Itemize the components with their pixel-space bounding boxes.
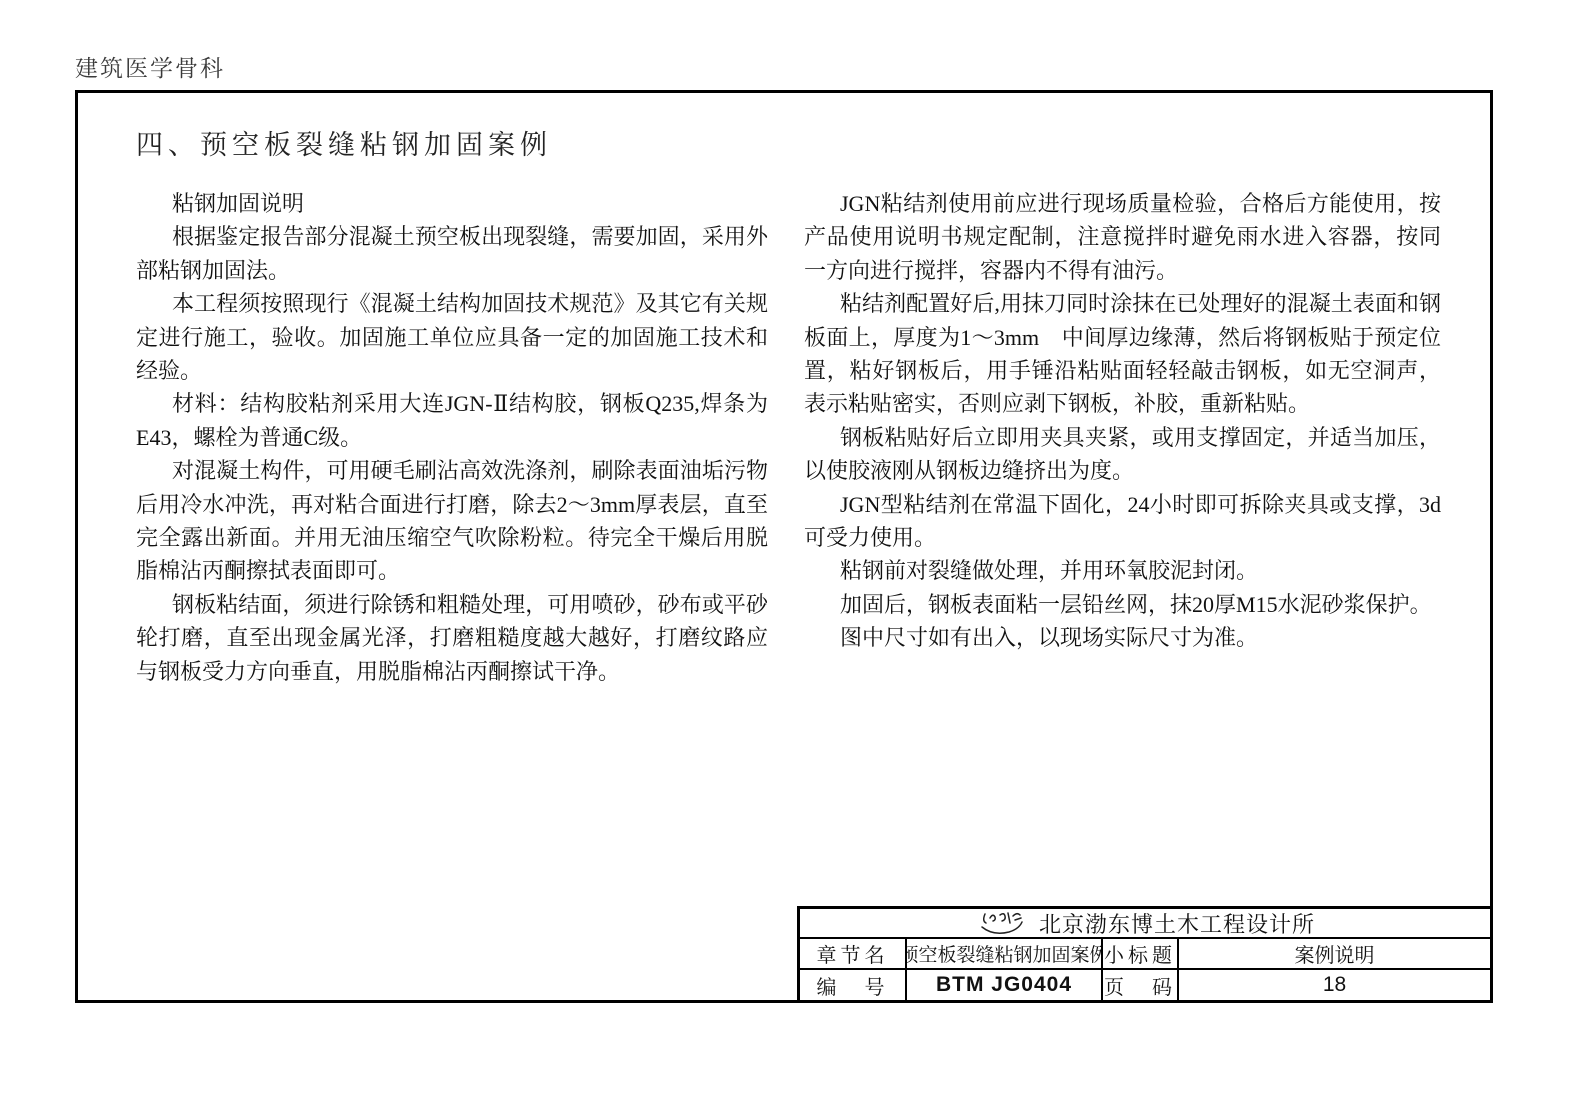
paragraph: 材料：结构胶粘剂采用大连JGN-Ⅱ结构胶，钢板Q235,焊条为E43，螺栓为普通… xyxy=(136,387,768,454)
company-row: 北京渤东博土木工程设计所 xyxy=(800,909,1490,939)
paragraph: 根据鉴定报告部分混凝土预空板出现裂缝，需要加固，采用外部粘钢加固法。 xyxy=(136,220,768,287)
paragraph: 钢板粘结面，须进行除锈和粗糙处理，可用喷砂，砂布或平砂轮打磨，直至出现金属光泽，… xyxy=(136,588,768,688)
chapter-name-value: 预空板裂缝粘钢加固案例 xyxy=(905,939,1101,970)
paragraph: 加固后，钢板表面粘一层铅丝网，抹20厚M15水泥砂浆保护。 xyxy=(804,588,1441,621)
paragraph: JGN粘结剂使用前应进行现场质量检验，合格后方能使用，按产品使用说明书规定配制，… xyxy=(804,187,1441,287)
paragraph: 粘结剂配置好后,用抹刀同时涂抹在已处理好的混凝土表面和钢板面上，厚度为1～3mm… xyxy=(804,287,1441,421)
paragraph: 对混凝土构件，可用硬毛刷沾高效洗涤剂，刷除表面油垢污物后用冷水冲洗，再对粘合面进… xyxy=(136,454,768,588)
subtitle-value: 案例说明 xyxy=(1177,939,1490,970)
paragraph: 本工程须按照现行《混凝土结构加固技术规范》及其它有关规定进行施工，验收。加固施工… xyxy=(136,287,768,387)
paragraph: 钢板粘贴好后立即用夹具夹紧，或用支撑固定，并适当加压，以使胶液刚从钢板边缝挤出为… xyxy=(804,421,1441,488)
page-number-value: 18 xyxy=(1177,970,1490,1000)
paragraph: 粘钢加固说明 xyxy=(136,187,768,220)
title-block-table: 北京渤东博土木工程设计所 章节名 预空板裂缝粘钢加固案例 小标题 案例说明 编 … xyxy=(797,906,1493,1003)
chapter-name-label: 章节名 xyxy=(800,939,905,970)
content-frame: 四、预空板裂缝粘钢加固案例 粘钢加固说明 根据鉴定报告部分混凝土预空板出现裂缝，… xyxy=(75,90,1493,1003)
code-label: 编 号 xyxy=(800,970,905,1000)
company-name: 北京渤东博土木工程设计所 xyxy=(1039,908,1315,939)
code-value: BTM JG0404 xyxy=(905,970,1101,1000)
paragraph: 粘钢前对裂缝做处理，并用环氧胶泥封闭。 xyxy=(804,554,1441,587)
right-text-column: JGN粘结剂使用前应进行现场质量检验，合格后方能使用，按产品使用说明书规定配制，… xyxy=(804,187,1441,655)
paragraph: JGN型粘结剂在常温下固化，24小时即可拆除夹具或支撑，3d可受力使用。 xyxy=(804,488,1441,555)
section-title: 四、预空板裂缝粘钢加固案例 xyxy=(136,123,552,162)
company-signature-icon xyxy=(975,909,1029,937)
paragraph: 图中尺寸如有出入，以现场实际尺寸为准。 xyxy=(804,621,1441,654)
left-text-column: 粘钢加固说明 根据鉴定报告部分混凝土预空板出现裂缝，需要加固，采用外部粘钢加固法… xyxy=(136,187,768,688)
page-number-label: 页 码 xyxy=(1101,970,1177,1000)
subtitle-label: 小标题 xyxy=(1101,939,1177,970)
page-header-watermark: 建筑医学骨科 xyxy=(75,50,225,83)
